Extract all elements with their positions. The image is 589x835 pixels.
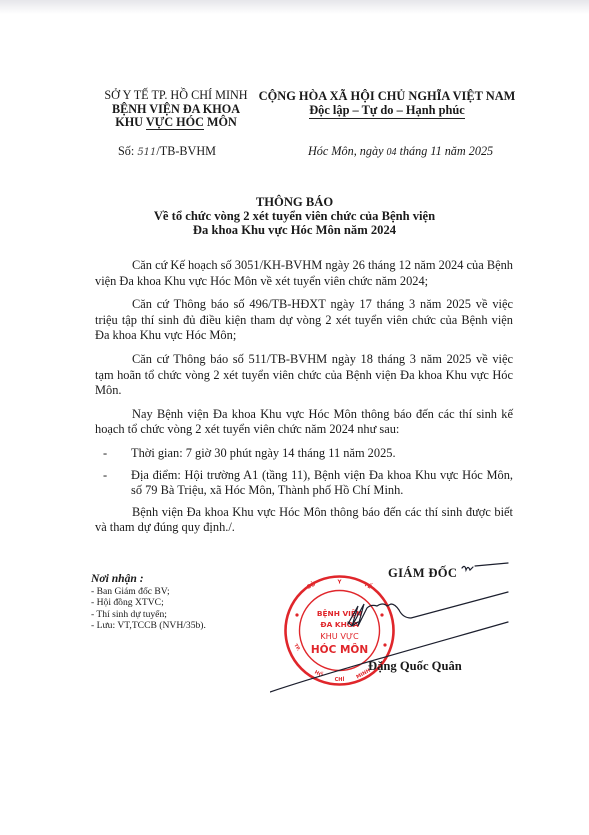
body-paragraph: Nay Bệnh viện Đa khoa Khu vực Hóc Môn th… bbox=[95, 407, 513, 438]
schedule-location-item: -Địa điểm: Hội trường A1 (tầng 11), Bệnh… bbox=[95, 468, 513, 499]
body-paragraph: Căn cứ Kế hoạch số 3051/KH-BVHM ngày 26 … bbox=[95, 258, 513, 289]
signer-name: Đặng Quốc Quân bbox=[368, 659, 462, 674]
closing-paragraph: Bệnh viện Đa khoa Khu vực Hóc Môn thông … bbox=[95, 505, 513, 536]
document-date: Hóc Môn, ngày 04 tháng 11 năm 2025 bbox=[308, 144, 493, 159]
agency-parent: SỞ Y TẾ TP. HỒ CHÍ MINH bbox=[96, 89, 256, 103]
recipient-item: - Lưu: VT,TCCB (NVH/35b). bbox=[91, 620, 206, 631]
body-paragraph: Căn cứ Thông báo số 496/TB-HĐXT ngày 17 … bbox=[95, 297, 513, 344]
recipients-block: Nơi nhận : - Ban Giám đốc BV; - Hội đồng… bbox=[91, 572, 206, 631]
body-paragraph: Căn cứ Thông báo số 511/TB-BVHM ngày 18 … bbox=[95, 352, 513, 399]
signature-icon bbox=[270, 560, 510, 700]
agency-name-line1: BỆNH VIỆN ĐA KHOA bbox=[96, 103, 256, 117]
signer-title: GIÁM ĐỐC bbox=[388, 566, 457, 581]
agency-name-line2: KHU VỰC HÓC MÔN bbox=[96, 116, 256, 130]
national-motto: Độc lập – Tự do – Hạnh phúc bbox=[309, 103, 465, 119]
handwritten-day: 04 bbox=[387, 147, 397, 158]
document-subject-line2: Đa khoa Khu vực Hóc Môn năm 2024 bbox=[0, 223, 589, 237]
recipients-header: Nơi nhận : bbox=[91, 572, 206, 586]
document-body: Căn cứ Kế hoạch số 3051/KH-BVHM ngày 26 … bbox=[95, 258, 513, 544]
scan-top-shade bbox=[0, 0, 589, 14]
national-motto-block: CỘNG HÒA XÃ HỘI CHỦ NGHĨA VIỆT NAM Độc l… bbox=[254, 89, 520, 119]
document-type: THÔNG BÁO bbox=[0, 195, 589, 209]
national-title: CỘNG HÒA XÃ HỘI CHỦ NGHĨA VIỆT NAM bbox=[254, 89, 520, 103]
schedule-time-item: -Thời gian: 7 giờ 30 phút ngày 14 tháng … bbox=[95, 446, 513, 462]
issuing-agency-block: SỞ Y TẾ TP. HỒ CHÍ MINH BỆNH VIỆN ĐA KHO… bbox=[96, 89, 256, 130]
recipient-item: - Ban Giám đốc BV; bbox=[91, 586, 206, 597]
recipient-item: - Hội đồng XTVC; bbox=[91, 597, 206, 608]
handwritten-number: 511 bbox=[137, 147, 156, 158]
recipient-item: - Thí sinh dự tuyển; bbox=[91, 609, 206, 620]
document-subject-line1: Về tổ chức vòng 2 xét tuyển viên chức củ… bbox=[0, 209, 589, 223]
document-number: Số: 511/TB-BVHM bbox=[118, 144, 216, 159]
